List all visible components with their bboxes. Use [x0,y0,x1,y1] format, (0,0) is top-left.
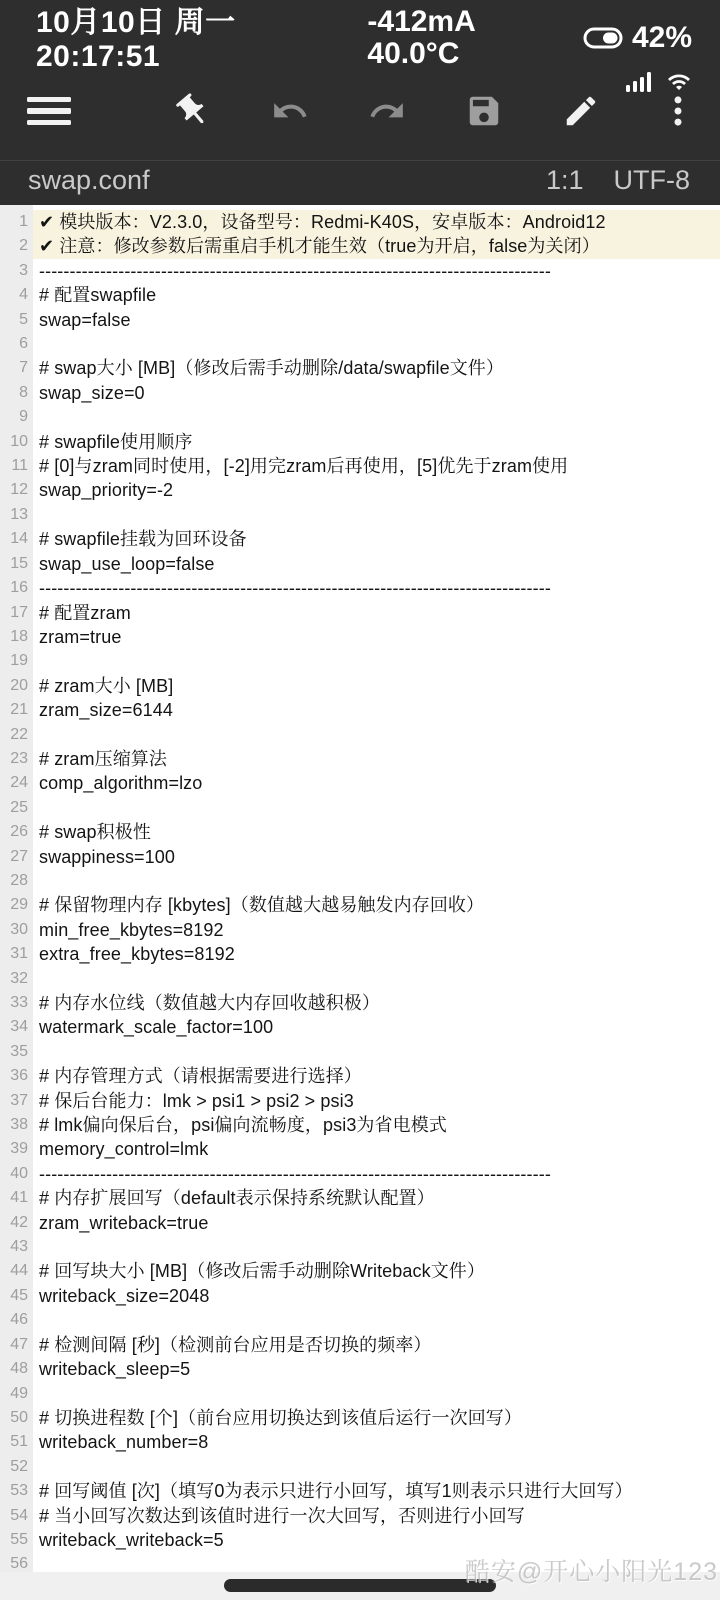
editor-line[interactable] [33,1455,720,1479]
line-number: 50 [0,1406,28,1430]
pushpin-icon [166,84,220,138]
edit-button[interactable] [558,88,604,134]
file-bar: swap.conf 1:1 UTF-8 [0,160,720,205]
line-number: 5 [0,308,28,332]
app-header: 10月10日 周一 20:17:51 -412mA 40.0°C 42% [0,0,720,205]
line-number: 8 [0,381,28,405]
editor-line[interactable]: # 回写块大小 [MB]（修改后需手动删除Writeback文件） [33,1259,720,1283]
editor-line[interactable]: # 保留物理内存 [kbytes]（数值越大越易触发内存回收） [33,893,720,917]
editor-line[interactable] [33,332,720,356]
editor-line[interactable]: # 当小回写次数达到该值时进行一次大回写，否则进行小回写 [33,1504,720,1528]
editor-line[interactable]: # 内存管理方式（请根据需要进行选择） [33,1064,720,1088]
undo-icon [271,92,309,130]
editor-line[interactable]: min_free_kbytes=8192 [33,918,720,942]
line-number: 19 [0,649,28,673]
editor-line[interactable] [33,967,720,991]
line-number: 39 [0,1137,28,1161]
editor-line[interactable] [33,723,720,747]
line-number: 30 [0,918,28,942]
line-number: 23 [0,747,28,771]
editor-line[interactable]: ----------------------------------------… [33,259,720,283]
editor-line[interactable]: # 切换进程数 [个]（前台应用切换达到该值后运行一次回写） [33,1406,720,1430]
watermark: 酷安@开心小阳光123 [465,1552,718,1588]
line-number: 25 [0,796,28,820]
editor-line[interactable]: writeback_size=2048 [33,1284,720,1308]
line-number: 45 [0,1284,28,1308]
home-indicator[interactable] [224,1579,496,1592]
editor-line[interactable]: # [0]与zram同时使用，[-2]用完zram后再使用，[5]优先于zram… [33,454,720,478]
editor-line[interactable] [33,869,720,893]
editor-line[interactable]: ✔ 模块版本：V2.3.0，设备型号：Redmi-K40S，安卓版本：Andro… [33,210,720,234]
line-number: 40 [0,1162,28,1186]
editor-line[interactable]: writeback_number=8 [33,1430,720,1454]
line-number: 7 [0,356,28,380]
status-datetime: 10月10日 周一 20:17:51 [36,6,367,74]
line-number: 46 [0,1308,28,1332]
line-number: 26 [0,820,28,844]
pin-button[interactable] [170,88,216,134]
editor-line[interactable]: # zram压缩算法 [33,747,720,771]
status-bar: 10月10日 周一 20:17:51 -412mA 40.0°C 42% [0,0,720,62]
line-number: 44 [0,1259,28,1283]
line-number: 35 [0,1040,28,1064]
line-number: 54 [0,1504,28,1528]
line-number: 1 [0,210,28,234]
editor-line[interactable]: comp_algorithm=lzo [33,771,720,795]
hamburger-icon [27,97,71,126]
save-button[interactable] [461,88,507,134]
floppy-disk-icon [465,92,503,130]
editor-line[interactable]: swap_size=0 [33,381,720,405]
line-number: 33 [0,991,28,1015]
editor-line[interactable] [33,1308,720,1332]
line-number: 6 [0,332,28,356]
editor-line[interactable] [33,796,720,820]
editor-line[interactable]: # zram大小 [MB] [33,674,720,698]
editor-line[interactable]: zram_size=6144 [33,698,720,722]
editor-line[interactable]: watermark_scale_factor=100 [33,1015,720,1039]
line-number: 42 [0,1211,28,1235]
editor-line[interactable]: # lmk偏向保后台，psi偏向流畅度，psi3为省电模式 [33,1113,720,1137]
editor-line[interactable]: # 内存水位线（数值越大内存回收越积极） [33,991,720,1015]
editor-line[interactable] [33,1382,720,1406]
editor-line[interactable]: ✔ 注意：修改参数后需重启手机才能生效（true为开启，false为关闭） [33,234,720,258]
editor-line[interactable] [33,649,720,673]
editor-line[interactable]: # swapfile挂载为回环设备 [33,527,720,551]
line-number: 53 [0,1479,28,1503]
editor-area[interactable]: 1234567891011121314151617181920212223242… [0,205,720,1600]
undo-button[interactable] [267,88,313,134]
editor-line[interactable]: swap_use_loop=false [33,552,720,576]
editor-line[interactable]: zram=true [33,625,720,649]
redo-icon [368,92,406,130]
editor-line[interactable]: ----------------------------------------… [33,576,720,600]
gutter: 1234567891011121314151617181920212223242… [0,205,33,1600]
editor-line[interactable]: swap=false [33,308,720,332]
battery-percent-text: 42% [632,22,692,54]
line-number: 17 [0,601,28,625]
line-number: 12 [0,478,28,502]
filename: swap.conf [28,165,150,196]
line-number: 14 [0,527,28,551]
encoding-label: UTF-8 [614,165,691,196]
line-number: 11 [0,454,28,478]
editor-line[interactable]: writeback_writeback=5 [33,1528,720,1552]
editor-line[interactable]: # 检测间隔 [秒]（检测前台应用是否切换的频率） [33,1333,720,1357]
line-number: 36 [0,1064,28,1088]
line-number: 48 [0,1357,28,1381]
editor-line[interactable]: memory_control=lmk [33,1137,720,1161]
line-number: 21 [0,698,28,722]
line-number: 31 [0,942,28,966]
editor-content[interactable]: ✔ 模块版本：V2.3.0，设备型号：Redmi-K40S，安卓版本：Andro… [33,205,720,1600]
line-number: 34 [0,1015,28,1039]
line-number: 10 [0,430,28,454]
line-number: 29 [0,893,28,917]
pencil-icon [562,92,600,130]
menu-button[interactable] [26,88,72,134]
editor-line[interactable]: # swap大小 [MB]（修改后需手动删除/data/swapfile文件） [33,356,720,380]
line-number: 18 [0,625,28,649]
editor-line[interactable]: # 回写阈值 [次]（填写0为表示只进行小回写，填写1则表示只进行大回写） [33,1479,720,1503]
editor-line[interactable]: # 配置swapfile [33,283,720,307]
editor-line[interactable]: # 保后台能力：lmk > psi1 > psi2 > psi3 [33,1089,720,1113]
line-number: 38 [0,1113,28,1137]
line-number: 55 [0,1528,28,1552]
line-number: 49 [0,1382,28,1406]
line-number: 16 [0,576,28,600]
editor-line[interactable]: zram_writeback=true [33,1211,720,1235]
editor-line[interactable]: swappiness=100 [33,845,720,869]
editor-line[interactable]: swap_priority=-2 [33,478,720,502]
line-number: 3 [0,259,28,283]
line-number: 28 [0,869,28,893]
line-number: 52 [0,1455,28,1479]
line-number: 4 [0,283,28,307]
editor-line[interactable] [33,503,720,527]
line-number: 13 [0,503,28,527]
line-number: 37 [0,1089,28,1113]
cursor-position: 1:1 [546,165,584,196]
battery-icon [583,27,623,49]
redo-button[interactable] [364,88,410,134]
editor-line[interactable] [33,405,720,429]
line-number: 43 [0,1235,28,1259]
editor-line[interactable] [33,1235,720,1259]
editor-line[interactable]: # 内存扩展回写（default表示保持系统默认配置） [33,1186,720,1210]
editor-line[interactable]: writeback_sleep=5 [33,1357,720,1381]
editor-line[interactable]: # swapfile使用顺序 [33,430,720,454]
line-number: 22 [0,723,28,747]
line-number: 15 [0,552,28,576]
editor-line[interactable]: # 配置zram [33,601,720,625]
status-right: -412mA 40.0°C 42% [367,6,692,92]
editor-line[interactable]: extra_free_kbytes=8192 [33,942,720,966]
line-number: 51 [0,1430,28,1454]
editor-line[interactable] [33,1040,720,1064]
battery-stats-text: -412mA 40.0°C [367,6,574,70]
line-number: 32 [0,967,28,991]
line-number: 20 [0,674,28,698]
line-number: 41 [0,1186,28,1210]
editor-line[interactable]: # swap积极性 [33,820,720,844]
vertical-dots-icon [659,92,697,130]
line-number: 47 [0,1333,28,1357]
line-number: 24 [0,771,28,795]
more-options-button[interactable] [655,88,701,134]
line-number: 27 [0,845,28,869]
line-number: 9 [0,405,28,429]
editor-line[interactable]: ----------------------------------------… [33,1162,720,1186]
line-number: 2 [0,234,28,258]
